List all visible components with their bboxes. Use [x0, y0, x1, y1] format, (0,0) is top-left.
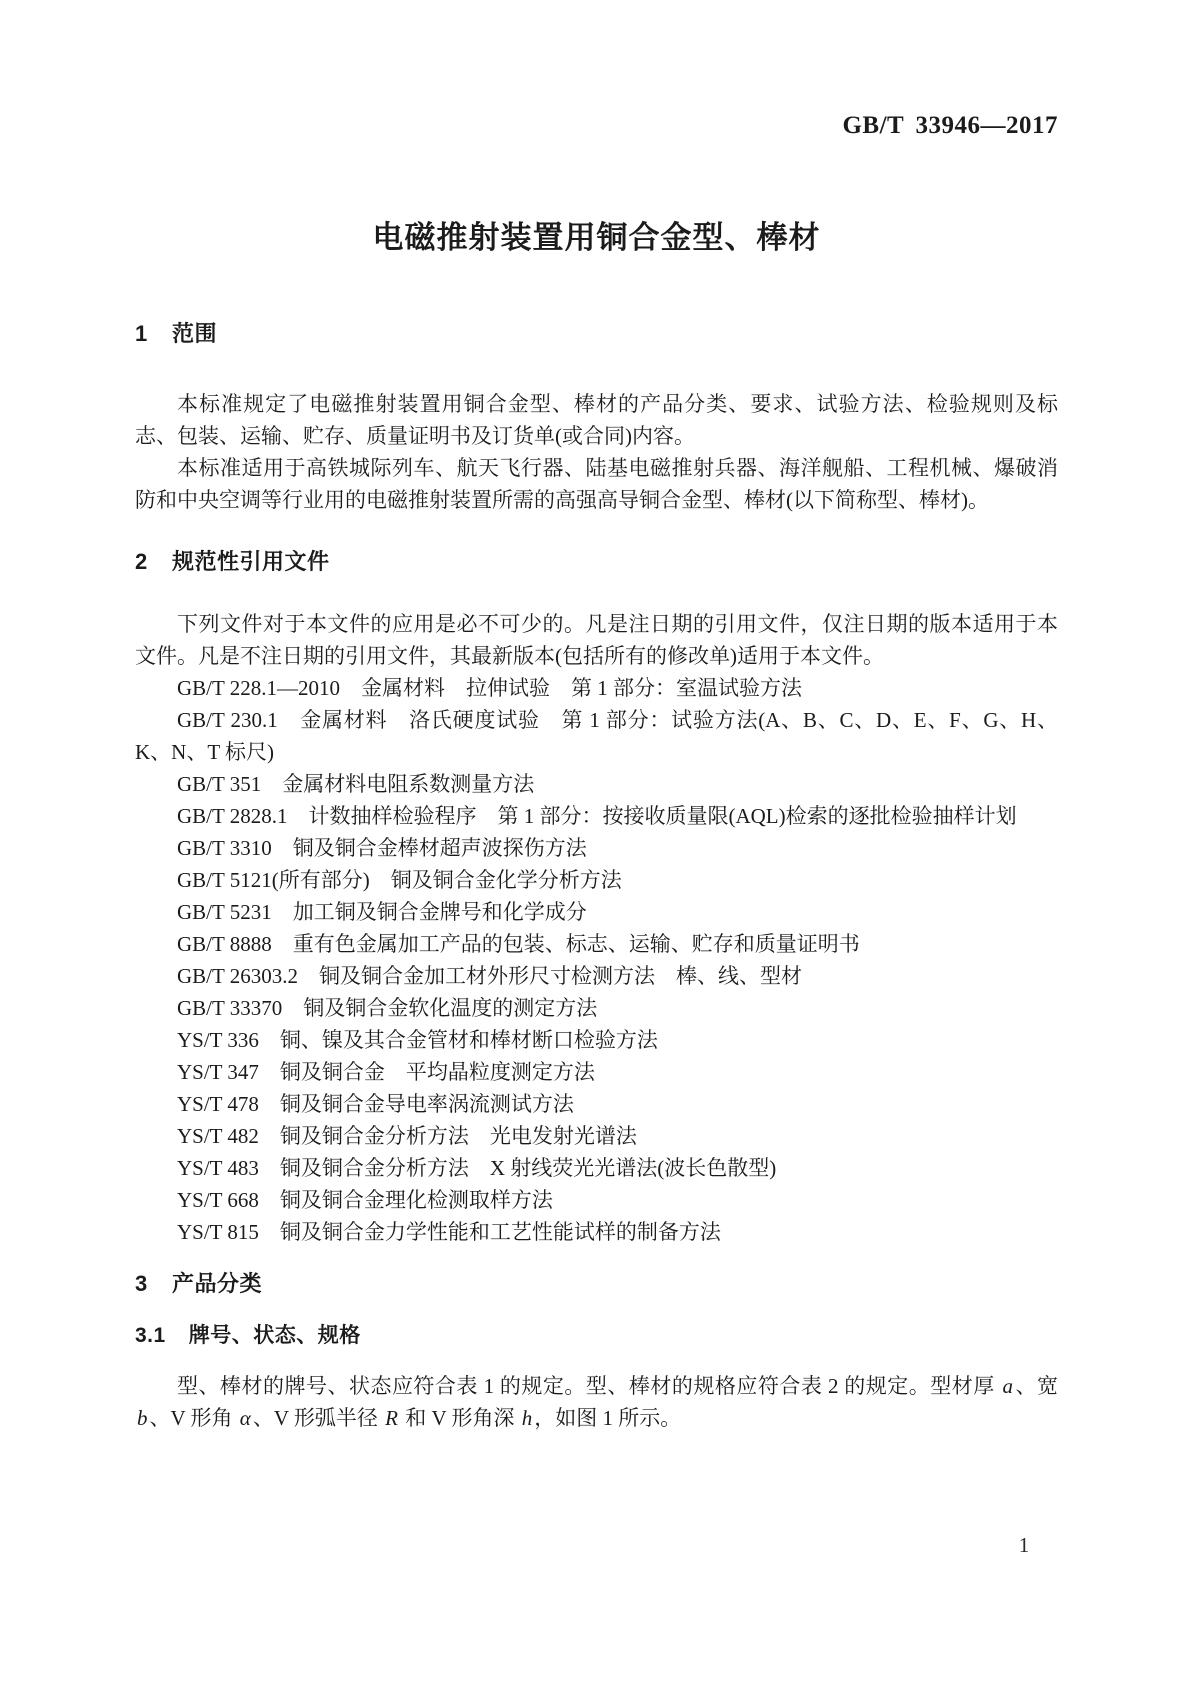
section-references-label: 规范性引用文件: [172, 549, 330, 574]
section-classification-heading: 3产品分类: [135, 1268, 1058, 1300]
standard-code: GB/T 33946—2017: [135, 0, 1058, 140]
page-background: GB/T 33946—2017 电磁推射装置用铜合金型、棒材 1范围 本标准规定…: [0, 0, 1191, 1684]
subsection-grade-state-spec-heading: 3.1牌号、状态、规格: [135, 1320, 1058, 1352]
section-scope-heading: 1范围: [135, 318, 1058, 350]
reference-item: GB/T 351 金属材料电阻系数测量方法: [135, 768, 1058, 800]
classification-paragraph: 型、棒材的牌号、状态应符合表 1 的规定。型、棒材的规格应符合表 2 的规定。型…: [135, 1370, 1058, 1434]
reference-item: YS/T 482 铜及铜合金分析方法 光电发射光谱法: [135, 1120, 1058, 1152]
reference-item: YS/T 815 铜及铜合金力学性能和工艺性能试样的制备方法: [135, 1216, 1058, 1248]
reference-item: GB/T 3310 铜及铜合金棒材超声波探伤方法: [135, 832, 1058, 864]
reference-item: YS/T 347 铜及铜合金 平均晶粒度测定方法: [135, 1056, 1058, 1088]
reference-item: YS/T 483 铜及铜合金分析方法 X 射线荧光光谱法(波长色散型): [135, 1152, 1058, 1184]
section-scope-number: 1: [135, 318, 148, 350]
subsection-number: 3.1: [135, 1320, 166, 1352]
document-title: 电磁推射装置用铜合金型、棒材: [135, 216, 1058, 260]
section-references-heading: 2规范性引用文件: [135, 546, 1058, 578]
reference-item: GB/T 2828.1 计数抽样检验程序 第 1 部分：按接收质量限(AQL)检…: [135, 800, 1058, 832]
reference-item: GB/T 5231 加工铜及铜合金牌号和化学成分: [135, 896, 1058, 928]
section-classification-number: 3: [135, 1268, 148, 1300]
reference-item: GB/T 5121(所有部分) 铜及铜合金化学分析方法: [135, 864, 1058, 896]
subsection-label: 牌号、状态、规格: [189, 1324, 361, 1347]
reference-item: GB/T 228.1—2010 金属材料 拉伸试验 第 1 部分：室温试验方法: [135, 672, 1058, 704]
reference-item: YS/T 478 铜及铜合金导电率涡流测试方法: [135, 1088, 1058, 1120]
document-page: { "header": { "standard_code": "GB/T 339…: [0, 0, 1191, 1684]
section-classification-label: 产品分类: [172, 1271, 262, 1296]
scope-paragraph-2: 本标准适用于高铁城际列车、航天飞行器、陆基电磁推射兵器、海洋舰船、工程机械、爆破…: [135, 452, 1058, 516]
scope-paragraph-1: 本标准规定了电磁推射装置用铜合金型、棒材的产品分类、要求、试验方法、检验规则及标…: [135, 388, 1058, 452]
reference-item: GB/T 8888 重有色金属加工产品的包装、标志、运输、贮存和质量证明书: [135, 928, 1058, 960]
references-intro-paragraph: 下列文件对于本文件的应用是必不可少的。凡是注日期的引用文件，仅注日期的版本适用于…: [135, 608, 1058, 672]
page-content: GB/T 33946—2017 电磁推射装置用铜合金型、棒材 1范围 本标准规定…: [135, 0, 1058, 1434]
reference-item: YS/T 336 铜、镍及其合金管材和棒材断口检验方法: [135, 1024, 1058, 1056]
reference-list: GB/T 228.1—2010 金属材料 拉伸试验 第 1 部分：室温试验方法 …: [135, 672, 1058, 1248]
section-scope-label: 范围: [172, 321, 217, 346]
reference-item: GB/T 26303.2 铜及铜合金加工材外形尺寸检测方法 棒、线、型材: [135, 960, 1058, 992]
reference-item: GB/T 230.1 金属材料 洛氏硬度试验 第 1 部分：试验方法(A、B、C…: [135, 704, 1058, 768]
reference-item: YS/T 668 铜及铜合金理化检测取样方法: [135, 1184, 1058, 1216]
page-number: 1: [1004, 1531, 1044, 1559]
section-references-number: 2: [135, 546, 148, 578]
reference-item: GB/T 33370 铜及铜合金软化温度的测定方法: [135, 992, 1058, 1024]
